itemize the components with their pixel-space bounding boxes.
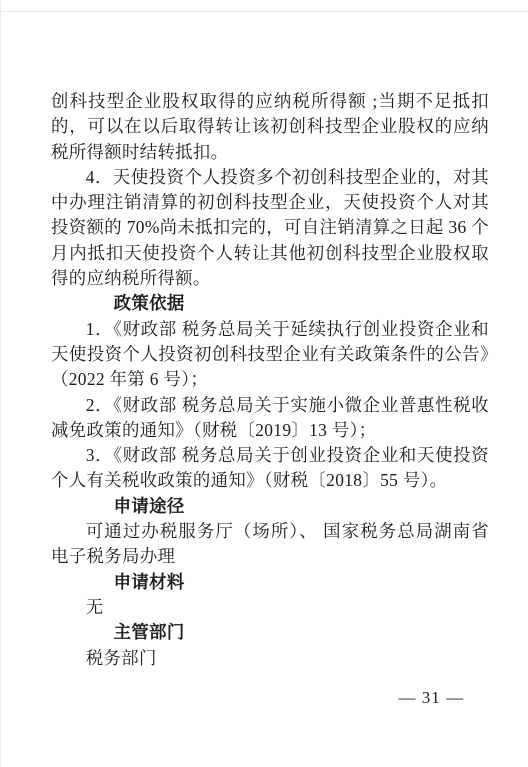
paragraph-carryover-deduction: 创科技型企业股权取得的应纳税所得额 ;当期不足抵扣的，可以在以后取得转让该初创科… [51,89,489,165]
scan-edge-top [0,11,528,12]
paragraph-policy-basis-3: 3．《财政部 税务总局关于创业投资企业和天使投资个人有关税收政策的通知》（财税〔… [51,443,489,494]
heading-application-materials: 申请材料 [51,570,489,595]
paragraph-item-4-angel-investor: 4．天使投资个人投资多个初创科技型企业的，对其中办理注销清算的初创科技型企业，天… [51,165,489,291]
heading-competent-department: 主管部门 [51,620,489,645]
heading-application-channel: 申请途径 [51,494,489,519]
document-page: 创科技型企业股权取得的应纳税所得额 ;当期不足抵扣的，可以在以后取得转让该初创科… [0,0,528,767]
paragraph-policy-basis-2: 2．《财政部 税务总局关于实施小微企业普惠性税收减免政策的通知》（财税〔2019… [51,393,489,444]
document-body: 创科技型企业股权取得的应纳税所得额 ;当期不足抵扣的，可以在以后取得转让该初创科… [51,89,489,671]
page-number: — 31 — [399,687,465,709]
heading-policy-basis: 政策依据 [51,291,489,316]
paragraph-policy-basis-1: 1．《财政部 税务总局关于延续执行创业投资企业和天使投资个人投资初创科技型企业有… [51,317,489,393]
paragraph-application-channel: 可通过办税服务厅（场所）、 国家税务总局湖南省电子税务局办理 [51,519,489,570]
scan-edge-left [0,0,1,767]
paragraph-application-materials-none: 无 [51,595,489,620]
paragraph-competent-department-tax: 税务部门 [51,646,489,671]
